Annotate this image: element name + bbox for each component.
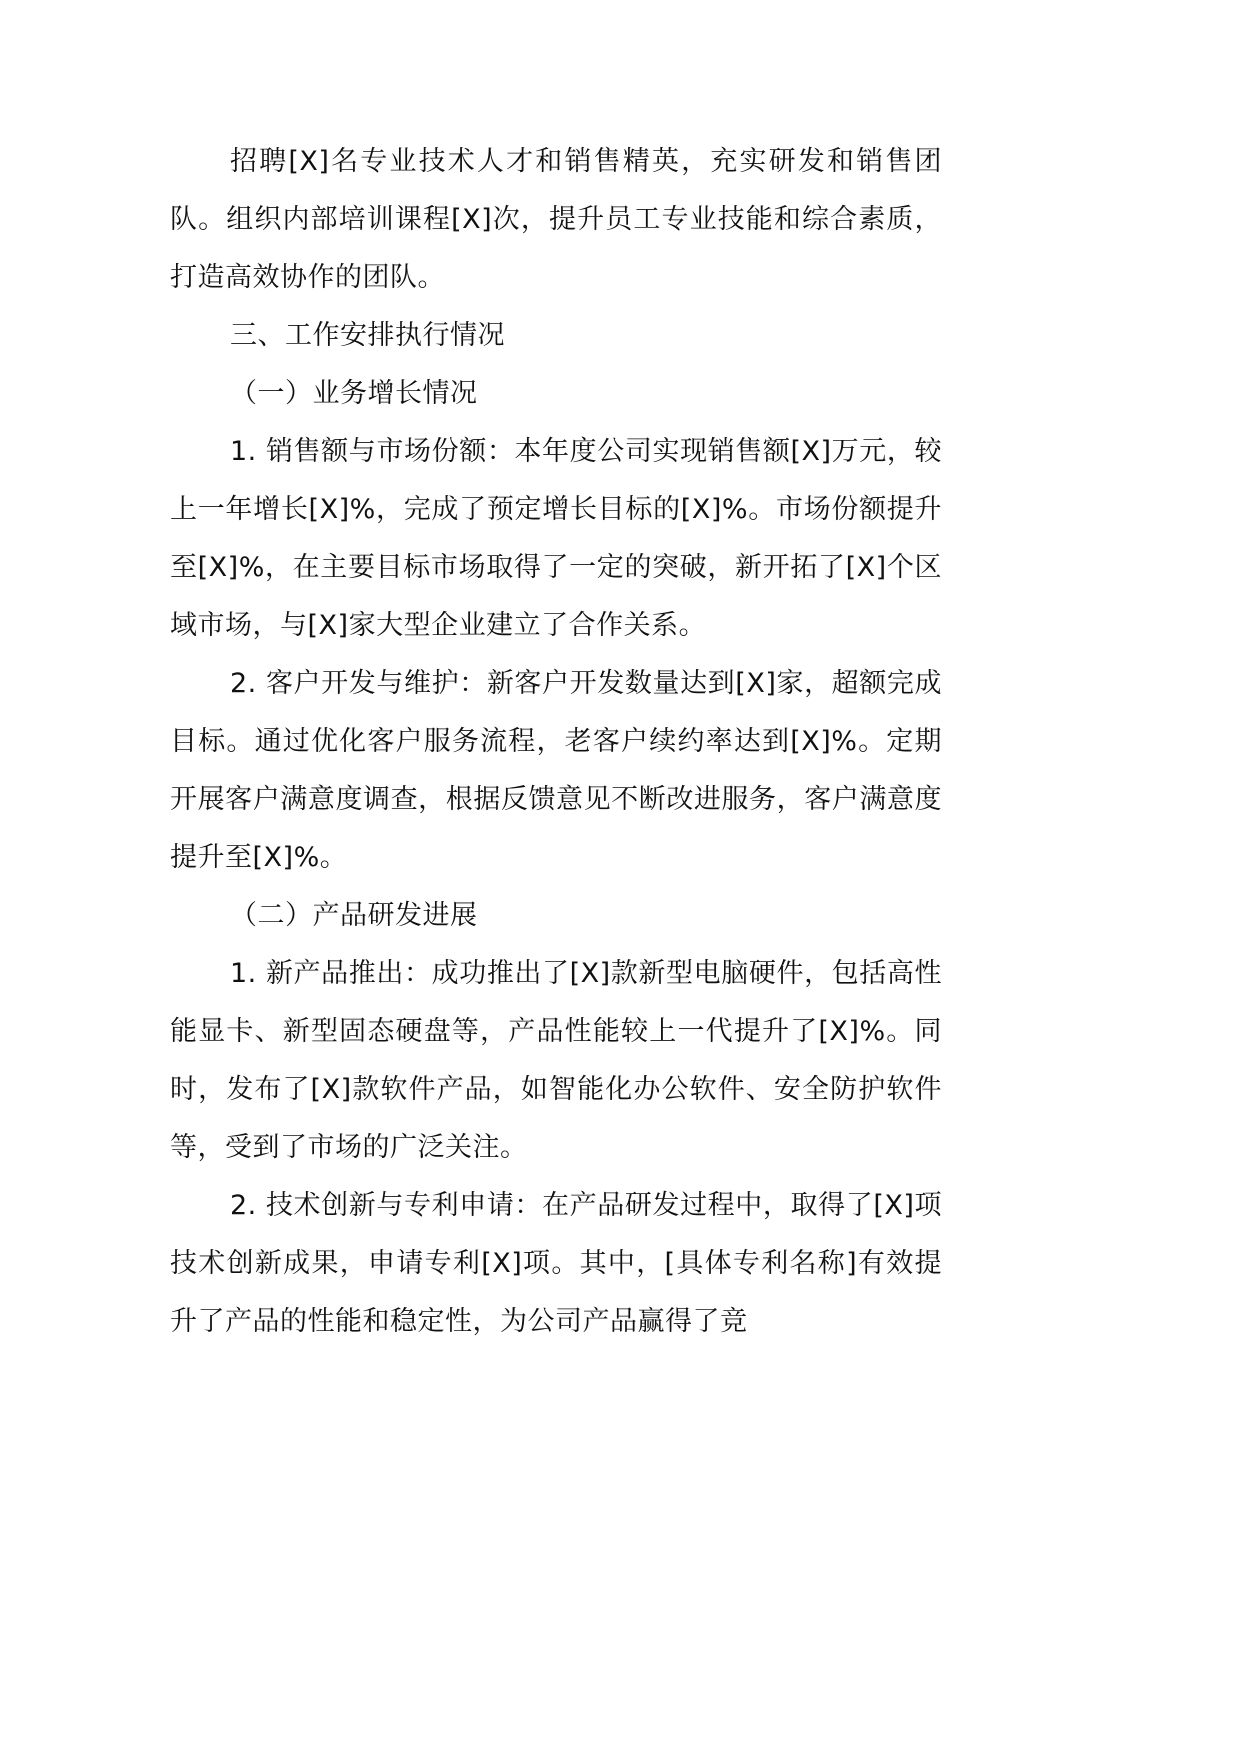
paragraph-customer-development: 2. 客户开发与维护：新客户开发数量达到[X]家，超额完成目标。通过优化客户服务… (170, 655, 942, 887)
subsection-heading-product-rd: （二）产品研发进展 (170, 887, 942, 945)
paragraph-sales-market-share: 1. 销售额与市场份额：本年度公司实现销售额[X]万元，较上一年增长[X]%，完… (170, 423, 942, 655)
paragraph-team-building: 招聘[X]名专业技术人才和销售精英，充实研发和销售团队。组织内部培训课程[X]次… (170, 133, 942, 307)
paragraph-new-products: 1. 新产品推出：成功推出了[X]款新型电脑硬件，包括高性能显卡、新型固态硬盘等… (170, 945, 942, 1177)
document-page: 招聘[X]名专业技术人才和销售精英，充实研发和销售团队。组织内部培训课程[X]次… (170, 133, 942, 1351)
paragraph-tech-innovation-patents: 2. 技术创新与专利申请：在产品研发过程中，取得了[X]项技术创新成果，申请专利… (170, 1177, 942, 1351)
section-heading-work-execution: 三、工作安排执行情况 (170, 307, 942, 365)
subsection-heading-business-growth: （一）业务增长情况 (170, 365, 942, 423)
